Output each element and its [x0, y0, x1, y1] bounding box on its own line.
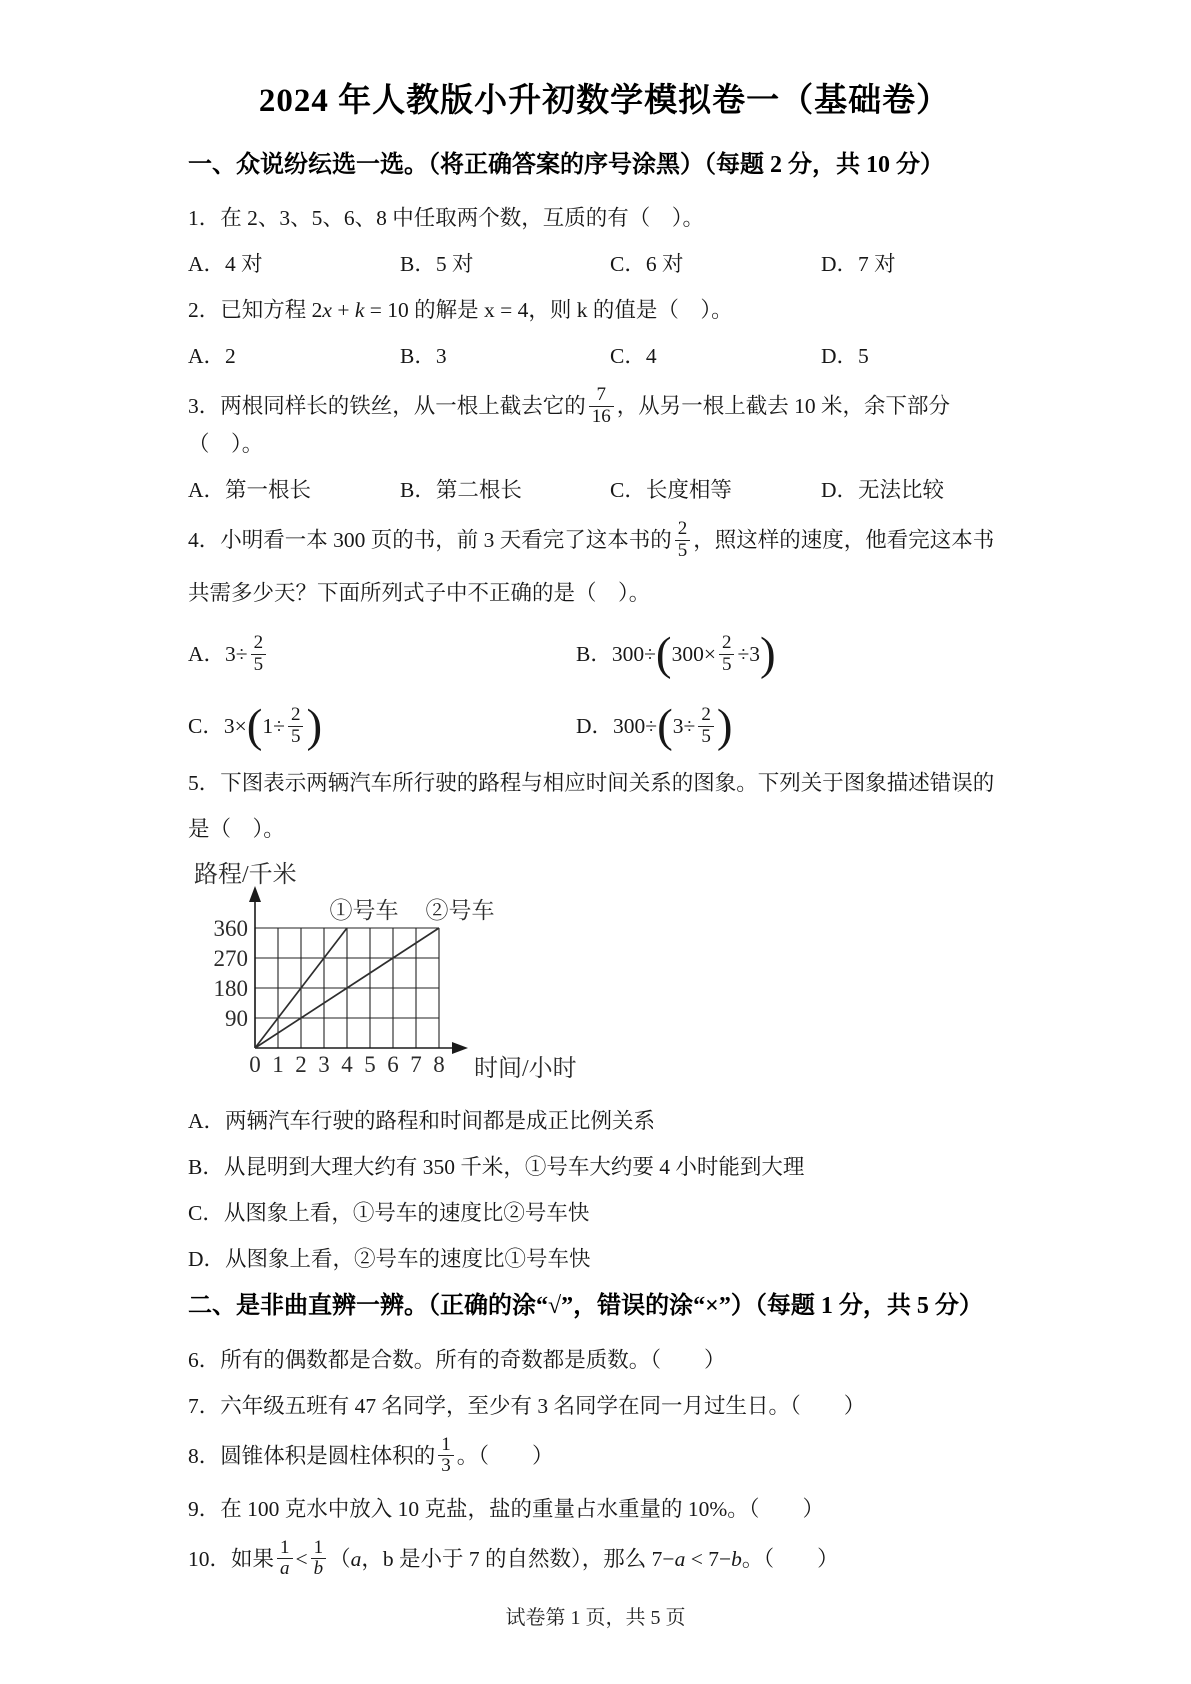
variable-x: x [322, 298, 332, 322]
option-c: C．3×(1÷25) [188, 707, 576, 749]
x-axis-arrow-icon [452, 1042, 468, 1054]
question-10-text: 10．如果 [188, 1547, 274, 1571]
question-5-line-1: 5．下图表示两辆汽车所行驶的路程与相应时间关系的图象。下列关于图象描述错误的 [188, 768, 1021, 799]
question-5-text: 是（ ）。 [188, 817, 285, 841]
question-3: 3．两根同样长的铁丝，从一根上截去它的716，从另一根上截去 10 米，余下部分… [188, 387, 1021, 460]
question-10: 10．如果1a<1b（a，b 是小于 7 的自然数），那么 7−a < 7−b。… [188, 1540, 1021, 1582]
y-axis-arrow-icon [249, 886, 261, 902]
y-tick-labels: 360 270 180 90 [214, 916, 249, 1031]
option-d: D．从图象上看，②号车的速度比①号车快 [188, 1247, 591, 1271]
fraction-numerator: 7 [589, 385, 614, 406]
fraction-numerator: 1 [311, 1538, 327, 1559]
expression: ÷3 [737, 642, 760, 666]
x-tick: 8 [433, 1052, 445, 1077]
question-2-text: 2．已知方程 2 [188, 298, 322, 322]
section-2-heading: 二、是非曲直辨一辨。（正确的涂“√”，错误的涂“×”）（每题 1 分，共 5 分… [188, 1290, 1021, 1322]
expression: 300÷ [612, 642, 656, 666]
x-tick-labels: 0 1 2 3 4 5 6 7 8 [249, 1052, 445, 1077]
fraction-numerator: 2 [719, 633, 735, 654]
fraction-numerator: 2 [698, 705, 714, 726]
question-1: 1．在 2、3、5、6、8 中任取两个数，互质的有（ ）。 [188, 203, 1021, 234]
question-5-text: 5．下图表示两辆汽车所行驶的路程与相应时间关系的图象。下列关于图象描述错误的 [188, 771, 994, 795]
question-9: 9．在 100 克水中放入 10 克盐，盐的重量占水重量的 10%。（ ） [188, 1494, 1021, 1525]
option-a: A．4 对 [188, 249, 400, 280]
fraction: 25 [698, 705, 714, 747]
variable-a: a [351, 1547, 362, 1571]
fraction-numerator: 1 [277, 1538, 293, 1559]
question-1-text: 1．在 2、3、5、6、8 中任取两个数，互质的有（ ）。 [188, 206, 704, 230]
question-10-text: 。（ ） [742, 1547, 839, 1571]
option-label: B． [576, 642, 612, 666]
question-4-line-2: 共需多少天？下面所列式子中不正确的是（ ）。 [188, 578, 1021, 609]
question-2: 2．已知方程 2x + k = 10 的解是 x = 4，则 k 的值是（ ）。 [188, 295, 1021, 326]
question-4-options-row-2: C．3×(1÷25) D．300÷(3÷25) [188, 696, 1021, 760]
question-7-text: 7．六年级五班有 47 名同学，至少有 3 名同学在同一月过生日。（ ） [188, 1394, 865, 1418]
option-b: B．3 [400, 341, 610, 372]
question-1-options: A．4 对 B．5 对 C．6 对 D．7 对 [188, 249, 1021, 280]
question-8: 8．圆锥体积是圆柱体积的13。（ ） [188, 1437, 1021, 1479]
option-b: B．从昆明到大理大约有 350 千米，①号车大约要 4 小时能到大理 [188, 1155, 804, 1179]
question-4-text: ，照这样的速度，他看完这本书 [693, 528, 994, 552]
expression: 3÷ [673, 714, 696, 738]
option-b: B．300÷(300×25÷3) [576, 635, 1021, 677]
option-c: C．6 对 [610, 249, 821, 280]
option-label: D． [576, 714, 613, 738]
expression: 3÷ [225, 642, 248, 666]
question-4-text: 4．小明看一本 300 页的书，前 3 天看完了这本书的 [188, 528, 672, 552]
question-2-text: + [332, 298, 355, 322]
option-b: B．第二根长 [400, 475, 610, 506]
fraction: 1a [277, 1538, 293, 1580]
fraction-denominator: a [277, 1558, 293, 1580]
question-4-options-row-1: A．3÷25 B．300÷(300×25÷3) [188, 624, 1021, 688]
y-tick: 180 [214, 976, 249, 1001]
section-1-heading: 一、众说纷纭选一选。（将正确答案的序号涂黑）（每题 2 分，共 10 分） [188, 149, 1021, 181]
question-9-text: 9．在 100 克水中放入 10 克盐，盐的重量占水重量的 10%。（ ） [188, 1497, 824, 1521]
x-tick: 5 [364, 1052, 376, 1077]
expression: 300÷ [613, 714, 657, 738]
option-d: D．无法比较 [821, 475, 1021, 506]
option-a: A．两辆汽车行驶的路程和时间都是成正比例关系 [188, 1109, 655, 1133]
question-5-option-a: A．两辆汽车行驶的路程和时间都是成正比例关系 [188, 1106, 1021, 1137]
question-3-text: 3．两根同样长的铁丝，从一根上截去它的 [188, 394, 586, 418]
question-3-options: A．第一根长 B．第二根长 C．长度相等 D．无法比较 [188, 475, 1021, 506]
less-than-sign: < [296, 1547, 308, 1571]
question-4-line-1: 4．小明看一本 300 页的书，前 3 天看完了这本书的25，照这样的速度，他看… [188, 521, 1021, 563]
question-5-option-c: C．从图象上看，①号车的速度比②号车快 [188, 1198, 1021, 1229]
fraction-numerator: 1 [438, 1435, 454, 1456]
x-tick: 1 [272, 1052, 284, 1077]
car1-series-label: ①号车 [330, 898, 399, 923]
fraction: 25 [288, 705, 304, 747]
x-tick: 7 [410, 1052, 422, 1077]
chart-y-axis-label: 路程/千米 [194, 861, 297, 888]
x-tick: 0 [249, 1052, 261, 1077]
question-5-line-2: 是（ ）。 [188, 814, 1021, 845]
fraction-denominator: 5 [288, 726, 304, 748]
fraction-denominator: 5 [251, 654, 267, 676]
option-c: C．长度相等 [610, 475, 821, 506]
expression: 300× [672, 642, 716, 666]
question-7: 7．六年级五班有 47 名同学，至少有 3 名同学在同一月过生日。（ ） [188, 1391, 1021, 1422]
option-d: D．300÷(3÷25) [576, 707, 1021, 749]
y-tick: 360 [214, 916, 249, 941]
expression: 1÷ [262, 714, 285, 738]
question-8-text: 8．圆锥体积是圆柱体积的 [188, 1444, 435, 1468]
distance-time-chart: 路程/千米 ①号车 ②号车 [192, 860, 576, 1084]
y-tick: 90 [225, 1006, 248, 1031]
question-5-option-b: B．从昆明到大理大约有 350 千米，①号车大约要 4 小时能到大理 [188, 1152, 1021, 1183]
fraction-numerator: 2 [288, 705, 304, 726]
question-6: 6．所有的偶数都是合数。所有的奇数都是质数。（ ） [188, 1345, 1021, 1376]
fraction-denominator: 5 [698, 726, 714, 748]
option-c: C．4 [610, 341, 821, 372]
x-tick: 6 [387, 1052, 399, 1077]
x-tick: 4 [341, 1052, 353, 1077]
fraction-numerator: 2 [675, 519, 691, 540]
question-5-option-d: D．从图象上看，②号车的速度比①号车快 [188, 1244, 1021, 1275]
question-2-options: A．2 B．3 C．4 D．5 [188, 341, 1021, 372]
option-label: C． [188, 714, 224, 738]
option-d: D．7 对 [821, 249, 1021, 280]
x-tick: 2 [295, 1052, 307, 1077]
question-4-text: 共需多少天？下面所列式子中不正确的是（ ）。 [188, 581, 650, 605]
question-10-text: < 7− [685, 1547, 731, 1571]
variable-k: k [355, 298, 365, 322]
fraction: 25 [719, 633, 735, 675]
question-10-text: ，b 是小于 7 的自然数），那么 7− [361, 1547, 674, 1571]
option-d: D．5 [821, 341, 1021, 372]
fraction: 25 [251, 633, 267, 675]
car2-series-label: ②号车 [426, 898, 495, 923]
fraction-denominator: b [311, 1558, 327, 1580]
option-a: A．2 [188, 341, 400, 372]
fraction: 1b [311, 1538, 327, 1580]
page-footer: 试卷第 1 页，共 5 页 [0, 1601, 1191, 1630]
exam-page: 2024 年人教版小升初数学模拟卷一（基础卷） 一、众说纷纭选一选。（将正确答案… [0, 0, 1191, 1684]
fraction-denominator: 5 [719, 654, 735, 676]
fraction-denominator: 16 [589, 406, 614, 428]
chart-x-axis-label: 时间/小时 [474, 1055, 576, 1082]
variable-b: b [731, 1547, 742, 1571]
question-2-text: = 10 的解是 x = 4，则 k 的值是（ ）。 [364, 298, 732, 322]
option-c: C．从图象上看，①号车的速度比②号车快 [188, 1201, 589, 1225]
option-label: A． [188, 642, 225, 666]
expression: 3× [224, 714, 247, 738]
question-10-text: （ [329, 1547, 351, 1571]
x-tick: 3 [318, 1052, 330, 1077]
page-title: 2024 年人教版小升初数学模拟卷一（基础卷） [188, 74, 1021, 121]
fraction-denominator: 3 [438, 1455, 454, 1477]
option-a: A．3÷25 [188, 635, 576, 677]
question-6-text: 6．所有的偶数都是合数。所有的奇数都是质数。（ ） [188, 1348, 726, 1372]
distance-time-chart-container: 路程/千米 ①号车 ②号车 [192, 860, 1021, 1090]
y-tick: 270 [214, 946, 249, 971]
fraction-denominator: 5 [675, 540, 691, 562]
fraction: 716 [589, 385, 614, 427]
variable-a: a [675, 1547, 686, 1571]
option-b: B．5 对 [400, 249, 610, 280]
question-8-text: 。（ ） [457, 1444, 554, 1468]
fraction-numerator: 2 [251, 633, 267, 654]
fraction: 25 [675, 519, 691, 561]
fraction: 13 [438, 1435, 454, 1477]
option-a: A．第一根长 [188, 475, 400, 506]
